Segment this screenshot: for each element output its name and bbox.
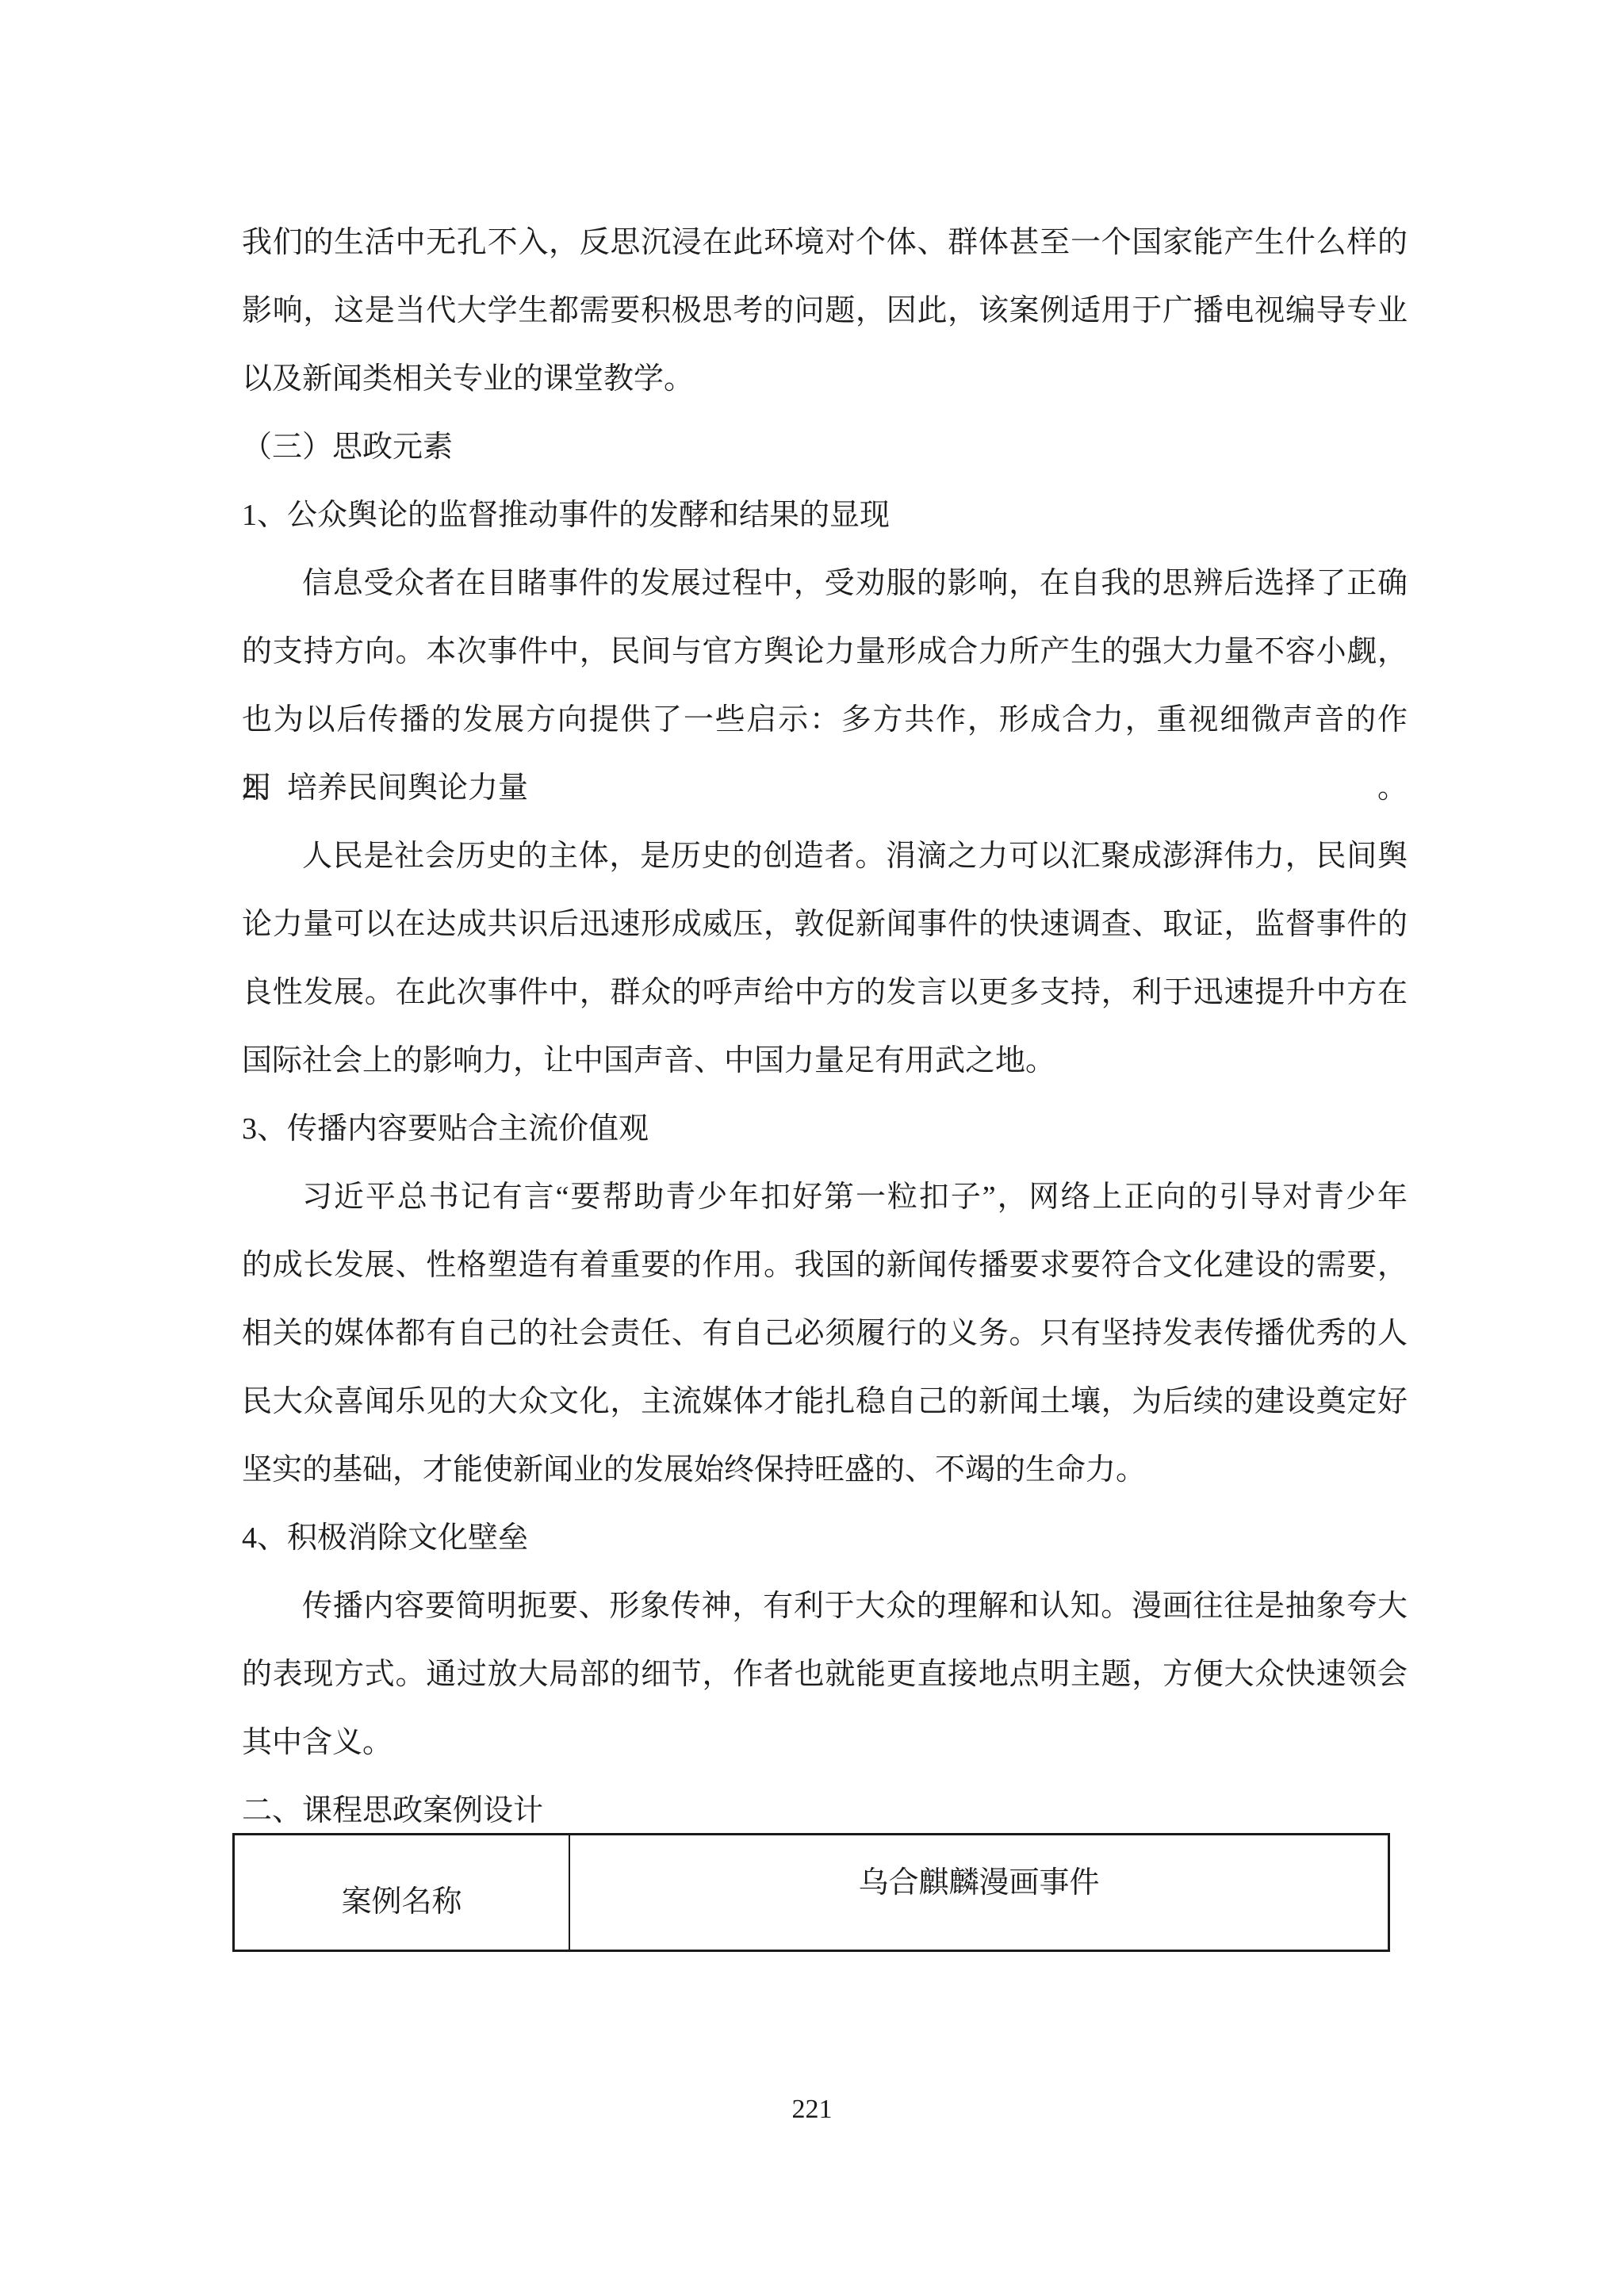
text-line: 良性发展。在此次事件中，群众的呼声给中方的发言以更多支持，利于迅速提升中方在 — [242, 959, 1408, 1027]
table-row: 案例名称 乌合麒麟漫画事件 — [234, 1835, 1389, 1951]
text-line: 人民是社会历史的主体，是历史的创造者。涓滴之力可以汇聚成澎湃伟力，民间舆 — [242, 822, 1408, 890]
document-page: 我们的生活中无孔不入，反思沉浸在此环境对个体、群体甚至一个国家能产生什么样的 影… — [0, 0, 1624, 2296]
text-line: 的支持方向。本次事件中，民间与官方舆论力量形成合力所产生的强大力量不容小觑， — [242, 618, 1408, 686]
case-name-label-cell: 案例名称 — [234, 1835, 570, 1951]
list-heading-1: 1、公众舆论的监督推动事件的发酵和结果的显现 — [242, 481, 1408, 549]
text-line: 信息受众者在目睹事件的发展过程中，受劝服的影响，在自我的思辨后选择了正确 — [242, 549, 1408, 618]
case-name-value-cell: 乌合麒麟漫画事件 — [569, 1835, 1389, 1951]
body-text-block: 我们的生活中无孔不入，反思沉浸在此环境对个体、群体甚至一个国家能产生什么样的 影… — [242, 209, 1408, 1845]
text-line: 我们的生活中无孔不入，反思沉浸在此环境对个体、群体甚至一个国家能产生什么样的 — [242, 209, 1408, 277]
list-heading-3: 3、传播内容要贴合主流价值观 — [242, 1095, 1408, 1163]
page-number: 221 — [0, 2093, 1624, 2126]
text-line: 相关的媒体都有自己的社会责任、有自己必须履行的义务。只有坚持发表传播优秀的人 — [242, 1299, 1408, 1368]
case-design-table: 案例名称 乌合麒麟漫画事件 — [232, 1833, 1390, 1952]
text-line: 也为以后传播的发展方向提供了一些启示：多方共作，形成合力，重视细微声音的作用。 — [242, 686, 1408, 754]
text-line: 其中含义。 — [242, 1709, 1408, 1777]
text-line: 影响，这是当代大学生都需要积极思考的问题，因此，该案例适用于广播电视编导专业 — [242, 277, 1408, 345]
list-heading-4: 4、积极消除文化壁垒 — [242, 1504, 1408, 1572]
text-line: 论力量可以在达成共识后迅速形成威压，敦促新闻事件的快速调查、取证，监督事件的 — [242, 890, 1408, 959]
text-line: 传播内容要简明扼要、形象传神，有利于大众的理解和认知。漫画往往是抽象夸大 — [242, 1572, 1408, 1640]
text-line: 以及新闻类相关专业的课堂教学。 — [242, 345, 1408, 413]
subsection-heading: （三）思政元素 — [242, 413, 1408, 481]
text-line: 民大众喜闻乐见的大众文化，主流媒体才能扎稳自己的新闻土壤，为后续的建设奠定好 — [242, 1368, 1408, 1436]
text-line: 习近平总书记有言“要帮助青少年扣好第一粒扣子”，网络上正向的引导对青少年 — [242, 1163, 1408, 1231]
text-line: 的表现方式。通过放大局部的细节，作者也就能更直接地点明主题，方便大众快速领会 — [242, 1640, 1408, 1709]
text-line: 坚实的基础，才能使新闻业的发展始终保持旺盛的、不竭的生命力。 — [242, 1436, 1408, 1504]
text-line: 的成长发展、性格塑造有着重要的作用。我国的新闻传播要求要符合文化建设的需要， — [242, 1231, 1408, 1299]
text-line: 国际社会上的影响力，让中国声音、中国力量足有用武之地。 — [242, 1027, 1408, 1095]
